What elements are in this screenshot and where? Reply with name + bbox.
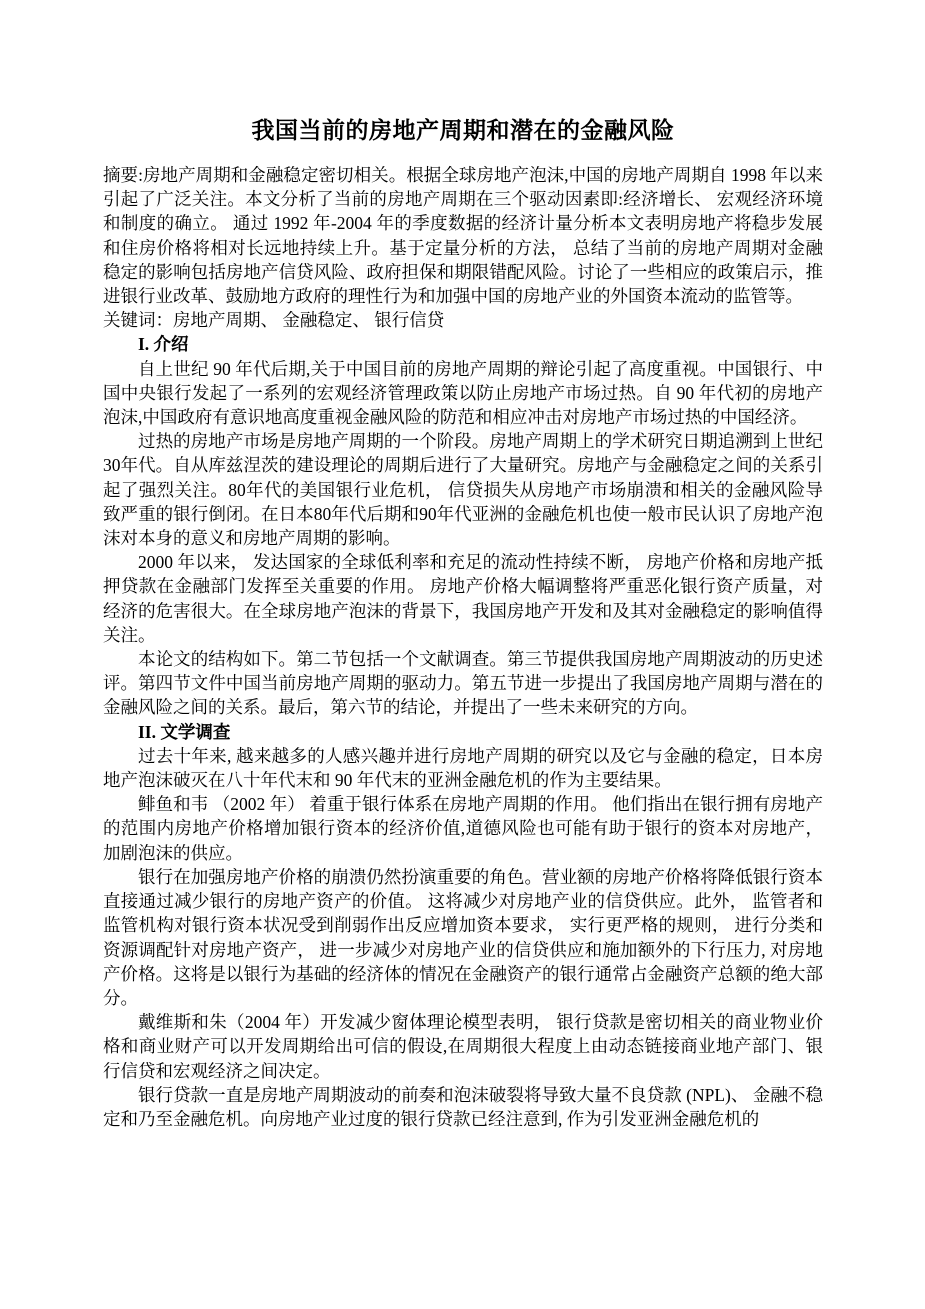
paragraph: 鲱鱼和韦 （2002 年） 着重于银行体系在房地产周期的作用。 他们指出在银行拥… — [103, 792, 823, 865]
abstract-paragraph: 摘要:房地产周期和金融稳定密切相关。根据全球房地产泡沫,中国的房地产周期自 19… — [103, 163, 823, 308]
paragraph: 银行在加强房地产价格的崩溃仍然扮演重要的角色。营业额的房地产价格将降低银行资本直… — [103, 865, 823, 1010]
paragraph: 银行贷款一直是房地产周期波动的前奏和泡沫破裂将导致大量不良贷款 (NPL)、 金… — [103, 1083, 823, 1131]
paragraph: 自上世纪 90 年代后期,关于中国目前的房地产周期的辩论引起了高度重视。中国银行… — [103, 357, 823, 430]
document-page: 我国当前的房地产周期和潜在的金融风险 摘要:房地产周期和金融稳定密切相关。根据全… — [0, 0, 925, 1309]
page-title: 我国当前的房地产周期和潜在的金融风险 — [103, 114, 823, 148]
paragraph: 过去十年来, 越来越多的人感兴趣并进行房地产周期的研究以及它与金融的稳定，日本房… — [103, 744, 823, 792]
keywords-line: 关键词：房地产周期、 金融稳定、 银行信贷 — [103, 308, 823, 332]
paragraph: 过热的房地产市场是房地产周期的一个阶段。房地产周期上的学术研究日期追溯到上世纪3… — [103, 429, 823, 550]
section-heading: I. 介绍 — [103, 332, 823, 356]
section-heading: II. 文学调查 — [103, 720, 823, 744]
paragraph: 戴维斯和朱（2004 年）开发减少窗体理论模型表明， 银行贷款是密切相关的商业物… — [103, 1010, 823, 1083]
paragraph: 2000 年以来， 发达国家的全球低利率和充足的流动性持续不断， 房地产价格和房… — [103, 550, 823, 647]
sections: I. 介绍自上世纪 90 年代后期,关于中国目前的房地产周期的辩论引起了高度重视… — [103, 332, 823, 1131]
paragraph: 本论文的结构如下。第二节包括一个文献调查。第三节提供我国房地产周期波动的历史述评… — [103, 647, 823, 720]
